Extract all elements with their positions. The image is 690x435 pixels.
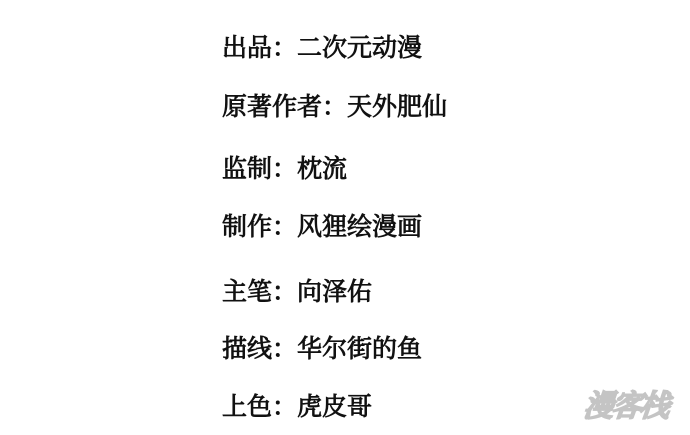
credit-coloring: 上色：虎皮哥 — [222, 392, 372, 422]
credit-name: 虎皮哥 — [297, 392, 372, 421]
credit-name: 风狸绘漫画 — [297, 212, 422, 241]
credit-line-art: 描线：华尔街的鱼 — [222, 334, 422, 364]
credit-role: 出品 — [222, 33, 272, 62]
credit-name: 华尔街的鱼 — [297, 334, 422, 363]
credit-name: 枕流 — [297, 154, 347, 183]
credit-name: 向泽佑 — [297, 277, 372, 306]
credit-separator: ： — [272, 212, 297, 241]
credit-separator: ： — [272, 33, 297, 62]
credit-production: 制作：风狸绘漫画 — [222, 212, 422, 242]
credit-lead-artist: 主笔：向泽佑 — [222, 277, 372, 307]
credit-role: 原著作者 — [222, 92, 322, 121]
credit-role: 监制 — [222, 154, 272, 183]
credit-original-author: 原著作者：天外肥仙 — [222, 92, 447, 122]
credit-supervisor: 监制：枕流 — [222, 154, 347, 184]
credit-name: 二次元动漫 — [297, 33, 422, 62]
credit-role: 描线 — [222, 334, 272, 363]
credit-role: 主笔 — [222, 277, 272, 306]
credit-separator: ： — [322, 92, 347, 121]
credit-name: 天外肥仙 — [347, 92, 447, 121]
credit-role: 上色 — [222, 392, 272, 421]
watermark-text: 漫客栈 — [582, 381, 671, 425]
credit-role: 制作 — [222, 212, 272, 241]
watermark-logo: 漫客栈 — [574, 386, 678, 420]
credit-separator: ： — [272, 154, 297, 183]
credit-separator: ： — [272, 392, 297, 421]
credit-separator: ： — [272, 277, 297, 306]
credit-separator: ： — [272, 334, 297, 363]
credit-producer: 出品：二次元动漫 — [222, 33, 422, 63]
credits-page: 出品：二次元动漫 原著作者：天外肥仙 监制：枕流 制作：风狸绘漫画 主笔：向泽佑… — [0, 0, 690, 435]
